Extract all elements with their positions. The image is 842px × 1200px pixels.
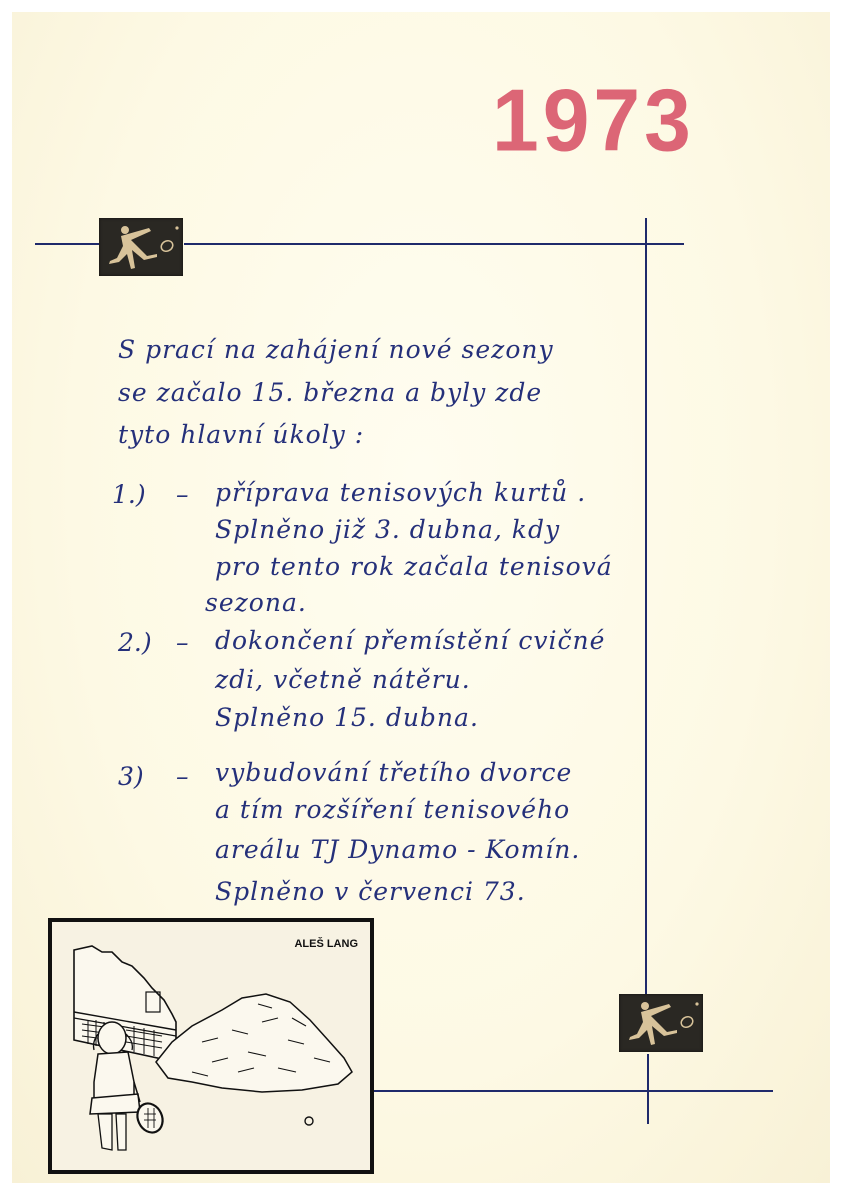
task-line: Splněno v červenci 73.	[215, 877, 526, 906]
task-line: sezona.	[205, 588, 307, 617]
right-vertical-rule	[645, 218, 647, 994]
task-line: dokončení přemístění cvičné	[215, 626, 605, 655]
tennis-player-icon	[99, 218, 183, 276]
tennis-player-icon	[619, 994, 703, 1052]
bottom-rule	[373, 1090, 773, 1092]
task-dash: –	[176, 628, 189, 657]
cartoon-signature: ALEŠ LANG	[294, 938, 358, 950]
cartoon-illustration: ALEŠ LANG	[48, 918, 374, 1174]
task-line: pro tento rok začala tenisová	[215, 552, 613, 581]
task-number: 1.)	[112, 480, 146, 509]
emblem-top-left	[99, 218, 183, 276]
task-line: Splněno 15. dubna.	[215, 703, 479, 732]
top-rule-right	[184, 243, 684, 245]
task-line: a tím rozšíření tenisového	[215, 795, 570, 824]
year-stamp: 1973	[492, 76, 695, 164]
cartoon-drawing	[52, 922, 370, 1170]
intro-line: S prací na zahájení nové sezony	[118, 335, 554, 364]
task-dash: –	[176, 762, 189, 791]
task-dash: –	[176, 480, 189, 509]
task-line: příprava tenisových kurtů .	[215, 478, 586, 507]
task-number: 2.)	[118, 628, 152, 657]
task-line: Splněno již 3. dubna, kdy	[215, 515, 560, 544]
task-number: 3)	[118, 762, 144, 791]
task-line: vybudování třetího dvorce	[215, 758, 572, 787]
emblem-bottom-right	[619, 994, 703, 1052]
top-rule-left	[35, 243, 99, 245]
task-line: zdi, včetně nátěru.	[215, 665, 471, 694]
right-vertical-rule-lower	[647, 1054, 649, 1124]
intro-line: tyto hlavní úkoly :	[118, 420, 364, 449]
intro-line: se začalo 15. března a byly zde	[118, 378, 542, 407]
task-line: areálu TJ Dynamo - Komín.	[215, 835, 580, 864]
